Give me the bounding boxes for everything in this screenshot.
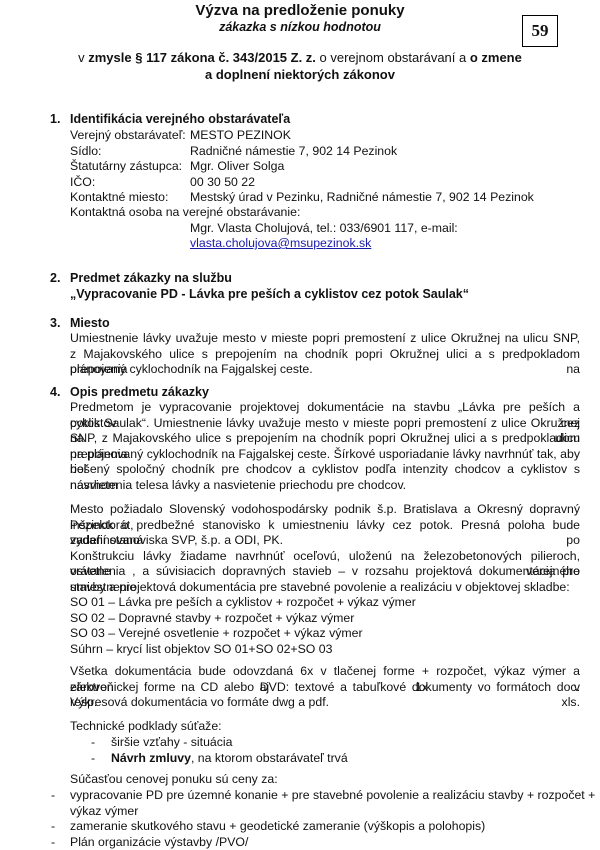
list-item: vypracovanie PD pre územné konanie + pre… xyxy=(70,788,595,804)
list-dash: - xyxy=(91,735,95,751)
paragraph-line: Predmetom je vypracovanie projektovej do… xyxy=(70,400,580,416)
law-reference-line-1: v zmysle § 117 zákona č. 343/2015 Z. z. … xyxy=(0,50,600,65)
section-title: Opis predmetu zákazky xyxy=(70,385,209,399)
document-title: Výzva na predloženie ponuky xyxy=(0,2,600,19)
law-text: o verejnom obstarávaní a xyxy=(316,50,470,65)
paragraph-line: riešený spoločný chodník pre chodcov a c… xyxy=(70,462,580,478)
section-number: 2. xyxy=(50,271,60,285)
list-dash: - xyxy=(51,819,55,835)
list-dash: - xyxy=(51,788,55,804)
list-item: Návrh zmluvy, na ktorom obstarávateľ trv… xyxy=(111,751,348,767)
field-label: Štatutárny zástupca: xyxy=(70,159,182,175)
list-item-text: , na ktorom obstarávateľ trvá xyxy=(191,751,348,765)
section-4-heading: 4. Opis predmetu zákazky xyxy=(50,385,550,401)
list-item-text: širšie vzťahy - situácia xyxy=(111,735,232,749)
list-item: širšie vzťahy - situácia xyxy=(111,735,232,751)
paragraph-line: osvetlenia , a súvisiacich dopravných st… xyxy=(70,564,580,580)
price-components-label: Súčasťou cenovej ponuku sú ceny za: xyxy=(70,772,278,788)
list-dash: - xyxy=(91,751,95,767)
field-value: Mgr. Oliver Solga xyxy=(190,159,284,175)
paragraph-line: na plánovaný cyklochodník na Fajgalskej … xyxy=(70,447,580,463)
contact-person-value: Mgr. Vlasta Cholujová, tel.: 033/6901 11… xyxy=(190,221,458,237)
paragraph-line: Mesto požiadalo Slovenský vodohospodársk… xyxy=(70,502,580,518)
law-text-bold: a doplnení niektorých zákonov xyxy=(205,67,395,82)
location-paragraph: Umiestnenie lávky uvažuje mesto v mieste… xyxy=(70,331,580,378)
field-label: Kontaktné miesto: xyxy=(70,190,168,206)
field-value: Radničné námestie 7, 902 14 Pezinok xyxy=(190,144,397,160)
section-3-heading: 3. Miesto xyxy=(50,316,550,332)
section-title: Identifikácia verejného obstarávateľa xyxy=(70,112,290,126)
paragraph-line: Konštrukciu lávky žiadame navrhnúť oceľo… xyxy=(70,549,580,565)
law-reference-line-2: a doplnení niektorých zákonov xyxy=(0,67,600,82)
contract-subject-title: „Vypracovanie PD - Lávka pre peších a cy… xyxy=(70,287,469,301)
paragraph-line: SNP, z Majakovského ulice s prepojením n… xyxy=(70,431,580,447)
section-number: 4. xyxy=(50,385,60,399)
law-text-bold: o zmene xyxy=(470,50,522,65)
documentation-paragraph: Všetka dokumentácia bude odovzdaná 6x v … xyxy=(70,664,580,711)
section-number: 1. xyxy=(50,112,60,126)
paragraph-line: elektronickej forme na CD alebo DVD: tex… xyxy=(70,680,580,696)
paragraph-line: Pezinok o predbežné stanovisko k umiestn… xyxy=(70,518,580,534)
law-text: v xyxy=(78,50,88,65)
list-item: výkaz výmer xyxy=(70,804,138,820)
section-2-heading: 2. Predmet zákazky na službu xyxy=(50,271,550,287)
page-number-box: 59 xyxy=(522,15,558,47)
list-item-bold: Návrh zmluvy xyxy=(111,751,191,765)
section-number: 3. xyxy=(50,316,60,330)
paragraph-line: SO 01 – Lávka pre peších a cyklistov + r… xyxy=(70,595,580,611)
field-label: Verejný obstarávateľ: xyxy=(70,128,186,144)
field-label: IČO: xyxy=(70,175,95,191)
section-title: Miesto xyxy=(70,316,110,330)
section-title: Predmet zákazky na službu xyxy=(70,271,232,285)
paragraph-line: Súhrn – krycí list objektov SO 01+SO 02+… xyxy=(70,642,580,658)
field-value: MESTO PEZINOK xyxy=(190,128,291,144)
contact-person-label: Kontaktná osoba na verejné obstarávanie: xyxy=(70,205,300,221)
list-dash: - xyxy=(51,835,55,850)
field-label: Sídlo: xyxy=(70,144,101,160)
paragraph-line: Všetka dokumentácia bude odovzdaná 6x v … xyxy=(70,664,580,680)
list-item: zameranie skutkového stavu + geodetické … xyxy=(70,819,485,835)
field-value: Mestský úrad v Pezinku, Radničné námesti… xyxy=(190,190,534,206)
paragraph-line: z Majakovského ulice s prepojením na cho… xyxy=(70,347,580,363)
paragraph-line: Umiestnenie lávky uvažuje mesto v mieste… xyxy=(70,331,580,347)
paragraph-line: SO 02 – Dopravné stavby + rozpočet + výk… xyxy=(70,611,580,627)
description-paragraph-2: Mesto požiadalo Slovenský vodohospodársk… xyxy=(70,502,580,657)
paragraph-line: nasvietenia telesa lávky a nasvietenie p… xyxy=(70,478,580,494)
paragraph-line: SO 03 – Verejné osvetlenie + rozpočet + … xyxy=(70,626,580,642)
technical-materials-label: Technické podklady súťaže: xyxy=(70,719,222,735)
section-1-heading: 1. Identifikácia verejného obstarávateľa xyxy=(50,112,550,128)
document-subtitle: zákazka s nízkou hodnotou xyxy=(0,20,600,34)
list-item: Plán organizácie výstavby /PVO/ xyxy=(70,835,248,850)
law-text-bold: zmysle § 117 xyxy=(88,50,167,65)
field-value: 00 30 50 22 xyxy=(190,175,255,191)
paragraph-line: stavby a projektová dokumentácia pre sta… xyxy=(70,580,580,596)
contact-email-link[interactable]: vlasta.cholujova@msupezinok.sk xyxy=(190,236,371,252)
law-text-bold: zákona č. 343/2015 Z. z. xyxy=(171,50,316,65)
paragraph-line: potok Saulak“. Umiestnenie lávky uvažuje… xyxy=(70,416,580,432)
description-paragraph-1: Predmetom je vypracovanie projektovej do… xyxy=(70,400,580,493)
